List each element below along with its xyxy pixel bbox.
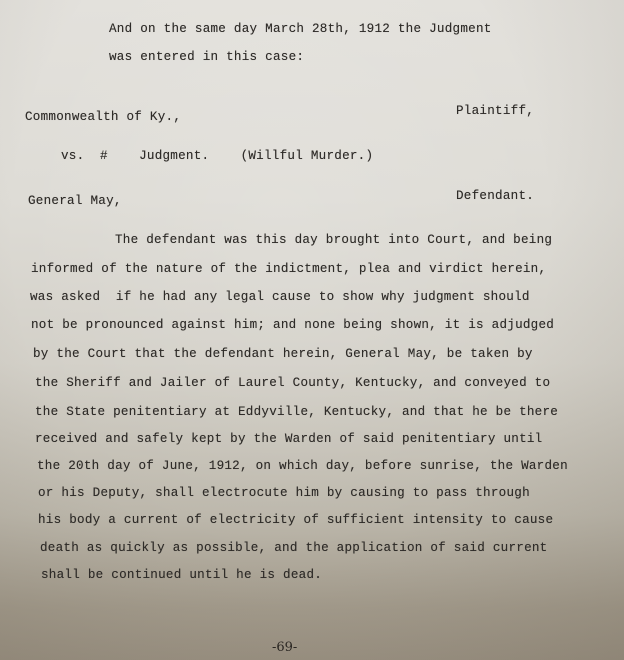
body-line: The defendant was this day brought into … — [115, 233, 552, 247]
body-line: the State penitentiary at Eddyville, Ken… — [35, 405, 558, 419]
body-line: received and safely kept by the Warden o… — [35, 432, 543, 446]
body-line: shall be continued until he is dead. — [41, 568, 322, 582]
intro-line: was entered in this case: — [109, 50, 304, 64]
intro-line: And on the same day March 28th, 1912 the… — [109, 22, 492, 36]
body-line: by the Court that the defendant herein, … — [33, 347, 533, 361]
defendant-label: Defendant. — [456, 189, 534, 203]
body-line: or his Deputy, shall electrocute him by … — [38, 486, 530, 500]
body-line: the 20th day of June, 1912, on which day… — [37, 459, 568, 473]
defendant-name: General May, — [28, 194, 122, 208]
body-line: the Sheriff and Jailer of Laurel County,… — [35, 376, 550, 390]
plaintiff-name: Commonwealth of Ky., — [25, 110, 181, 124]
body-line: not be pronounced against him; and none … — [31, 318, 554, 332]
body-line: was asked if he had any legal cause to s… — [30, 290, 530, 304]
body-line: his body a current of electricity of suf… — [38, 513, 553, 527]
page-number: -69- — [272, 640, 297, 655]
versus-line: vs. # Judgment. (Willful Murder.) — [61, 149, 373, 163]
plaintiff-label: Plaintiff, — [456, 104, 534, 118]
body-line: informed of the nature of the indictment… — [31, 262, 546, 276]
body-line: death as quickly as possible, and the ap… — [40, 541, 548, 555]
